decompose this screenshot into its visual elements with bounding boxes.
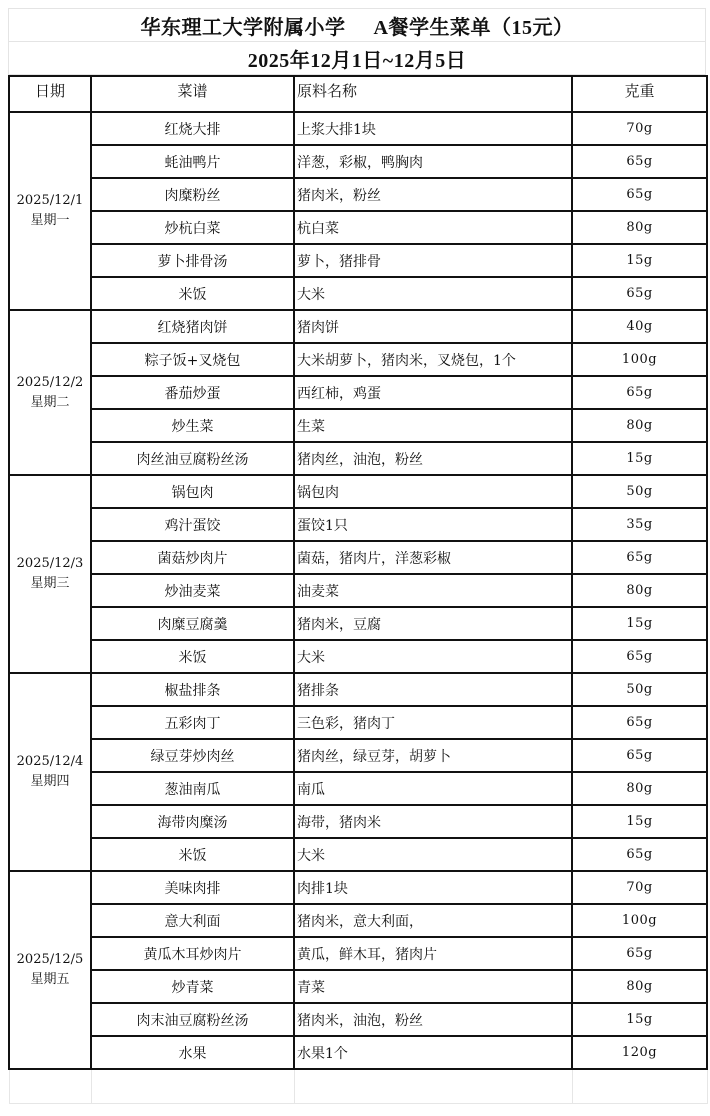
ingredients-cell: 肉排1块 [294, 871, 572, 904]
ingredients-cell: 锅包肉 [294, 475, 572, 508]
date-cell: 2025/12/2星期二 [9, 310, 91, 475]
ingredients-cell: 油麦菜 [294, 574, 572, 607]
weekday-text: 星期一 [10, 211, 90, 231]
dish-cell: 炒杭白菜 [91, 211, 294, 244]
ingredients-cell: 蛋饺1只 [294, 508, 572, 541]
dish-cell: 米饭 [91, 838, 294, 871]
weight-cell: 35g [572, 508, 707, 541]
ingredients-cell: 萝卜，猪排骨 [294, 244, 572, 277]
table-row: 米饭大米65g [9, 838, 707, 871]
ingredients-cell: 猪肉米，油泡，粉丝 [294, 1003, 572, 1036]
dish-cell: 米饭 [91, 277, 294, 310]
table-row: 海带肉糜汤海带，猪肉米15g [9, 805, 707, 838]
dish-cell: 黄瓜木耳炒肉片 [91, 937, 294, 970]
blank-cell [572, 1069, 707, 1104]
weight-cell: 65g [572, 145, 707, 178]
weekday-text: 星期五 [10, 970, 90, 990]
dish-cell: 米饭 [91, 640, 294, 673]
weight-cell: 65g [572, 277, 707, 310]
ingredients-cell: 青菜 [294, 970, 572, 1003]
date-text: 2025/12/5 [10, 950, 90, 970]
table-row: 粽子饭+叉烧包大米胡萝卜，猪肉米，叉烧包，1个100g [9, 343, 707, 376]
weight-cell: 80g [572, 772, 707, 805]
table-row: 绿豆芽炒肉丝猪肉丝，绿豆芽，胡萝卜65g [9, 739, 707, 772]
dish-cell: 美味肉排 [91, 871, 294, 904]
weight-cell: 80g [572, 409, 707, 442]
dish-cell: 锅包肉 [91, 475, 294, 508]
ingredients-cell: 大米胡萝卜，猪肉米，叉烧包，1个 [294, 343, 572, 376]
weekday-text: 星期三 [10, 574, 90, 594]
weight-cell: 120g [572, 1036, 707, 1069]
header-ingredients: 原料名称 [294, 76, 572, 112]
blank-cell [91, 1069, 294, 1104]
weight-cell: 15g [572, 1003, 707, 1036]
ingredients-cell: 猪排条 [294, 673, 572, 706]
table-row: 米饭大米65g [9, 640, 707, 673]
table-row: 黄瓜木耳炒肉片黄瓜，鲜木耳，猪肉片65g [9, 937, 707, 970]
dish-cell: 葱油南瓜 [91, 772, 294, 805]
dish-cell: 肉糜豆腐羹 [91, 607, 294, 640]
ingredients-cell: 南瓜 [294, 772, 572, 805]
weight-cell: 50g [572, 673, 707, 706]
table-row: 番茄炒蛋西红柿，鸡蛋65g [9, 376, 707, 409]
weight-cell: 15g [572, 607, 707, 640]
weight-cell: 100g [572, 904, 707, 937]
ingredients-cell: 水果1个 [294, 1036, 572, 1069]
table-row: 2025/12/4星期四椒盐排条猪排条50g [9, 673, 707, 706]
ingredients-cell: 西红柿，鸡蛋 [294, 376, 572, 409]
dish-cell: 炒生菜 [91, 409, 294, 442]
table-row: 肉丝油豆腐粉丝汤猪肉丝，油泡，粉丝15g [9, 442, 707, 475]
weight-cell: 65g [572, 838, 707, 871]
weight-cell: 65g [572, 178, 707, 211]
dish-cell: 海带肉糜汤 [91, 805, 294, 838]
weight-cell: 80g [572, 574, 707, 607]
table-row: 炒杭白菜杭白菜80g [9, 211, 707, 244]
menu-sheet: 华东理工大学附属小学 A餐学生菜单（15元） 2025年12月1日~12月5日 … [8, 8, 706, 1104]
dish-cell: 菌菇炒肉片 [91, 541, 294, 574]
table-row: 炒青菜青菜80g [9, 970, 707, 1003]
weight-cell: 100g [572, 343, 707, 376]
weight-cell: 15g [572, 442, 707, 475]
table-row: 肉末油豆腐粉丝汤猪肉米，油泡，粉丝15g [9, 1003, 707, 1036]
table-row: 五彩肉丁三色彩，猪肉丁65g [9, 706, 707, 739]
ingredients-cell: 菌菇，猪肉片，洋葱彩椒 [294, 541, 572, 574]
date-text: 2025/12/1 [10, 191, 90, 211]
menu-table: 日期 菜谱 原料名称 克重 2025/12/1星期一红烧大排上浆大排1块70g蚝… [8, 75, 708, 1104]
table-row: 2025/12/5星期五美味肉排肉排1块70g [9, 871, 707, 904]
weight-cell: 80g [572, 970, 707, 1003]
date-cell: 2025/12/3星期三 [9, 475, 91, 673]
table-row: 炒油麦菜油麦菜80g [9, 574, 707, 607]
header-date: 日期 [9, 76, 91, 112]
dish-cell: 五彩肉丁 [91, 706, 294, 739]
table-row: 肉糜豆腐羹猪肉米，豆腐15g [9, 607, 707, 640]
ingredients-cell: 大米 [294, 640, 572, 673]
weight-cell: 70g [572, 112, 707, 145]
weight-cell: 65g [572, 937, 707, 970]
dish-cell: 粽子饭+叉烧包 [91, 343, 294, 376]
header-weight: 克重 [572, 76, 707, 112]
weight-cell: 70g [572, 871, 707, 904]
menu-title: 华东理工大学附属小学 A餐学生菜单（15元） [8, 8, 706, 42]
date-text: 2025/12/2 [10, 373, 90, 393]
date-range: 2025年12月1日~12月5日 [248, 44, 466, 73]
dish-cell: 番茄炒蛋 [91, 376, 294, 409]
weight-cell: 50g [572, 475, 707, 508]
blank-cell [294, 1069, 572, 1104]
dish-cell: 鸡汁蛋饺 [91, 508, 294, 541]
weight-cell: 15g [572, 244, 707, 277]
dish-cell: 水果 [91, 1036, 294, 1069]
ingredients-cell: 猪肉丝，油泡，粉丝 [294, 442, 572, 475]
dish-cell: 肉末油豆腐粉丝汤 [91, 1003, 294, 1036]
table-row: 意大利面猪肉米，意大利面，100g [9, 904, 707, 937]
dish-cell: 红烧猪肉饼 [91, 310, 294, 343]
table-row: 萝卜排骨汤萝卜，猪排骨15g [9, 244, 707, 277]
table-row: 炒生菜生菜80g [9, 409, 707, 442]
weekday-text: 星期二 [10, 393, 90, 413]
table-row: 菌菇炒肉片菌菇，猪肉片，洋葱彩椒65g [9, 541, 707, 574]
dish-cell: 炒油麦菜 [91, 574, 294, 607]
dish-cell: 红烧大排 [91, 112, 294, 145]
ingredients-cell: 洋葱，彩椒，鸭胸肉 [294, 145, 572, 178]
date-cell: 2025/12/5星期五 [9, 871, 91, 1069]
ingredients-cell: 猪肉丝，绿豆芽，胡萝卜 [294, 739, 572, 772]
ingredients-cell: 猪肉饼 [294, 310, 572, 343]
weight-cell: 65g [572, 739, 707, 772]
table-row: 葱油南瓜南瓜80g [9, 772, 707, 805]
date-text: 2025/12/4 [10, 752, 90, 772]
weight-cell: 65g [572, 541, 707, 574]
school-name: 华东理工大学附属小学 [141, 11, 346, 40]
table-row: 2025/12/2星期二红烧猪肉饼猪肉饼40g [9, 310, 707, 343]
date-cell: 2025/12/4星期四 [9, 673, 91, 871]
table-row: 蚝油鸭片洋葱，彩椒，鸭胸肉65g [9, 145, 707, 178]
menu-body: 2025/12/1星期一红烧大排上浆大排1块70g蚝油鸭片洋葱，彩椒，鸭胸肉65… [9, 112, 707, 1069]
ingredients-cell: 生菜 [294, 409, 572, 442]
ingredients-cell: 上浆大排1块 [294, 112, 572, 145]
table-row: 鸡汁蛋饺蛋饺1只35g [9, 508, 707, 541]
dish-cell: 炒青菜 [91, 970, 294, 1003]
ingredients-cell: 三色彩，猪肉丁 [294, 706, 572, 739]
ingredients-cell: 大米 [294, 277, 572, 310]
dish-cell: 椒盐排条 [91, 673, 294, 706]
dish-cell: 蚝油鸭片 [91, 145, 294, 178]
ingredients-cell: 黄瓜，鲜木耳，猪肉片 [294, 937, 572, 970]
weight-cell: 15g [572, 805, 707, 838]
table-row: 2025/12/3星期三锅包肉锅包肉50g [9, 475, 707, 508]
header-row: 日期 菜谱 原料名称 克重 [9, 76, 707, 112]
blank-row [9, 1069, 707, 1104]
table-row: 2025/12/1星期一红烧大排上浆大排1块70g [9, 112, 707, 145]
date-text: 2025/12/3 [10, 554, 90, 574]
dish-cell: 肉糜粉丝 [91, 178, 294, 211]
dish-cell: 肉丝油豆腐粉丝汤 [91, 442, 294, 475]
ingredients-cell: 猪肉米，意大利面， [294, 904, 572, 937]
date-cell: 2025/12/1星期一 [9, 112, 91, 310]
dish-cell: 意大利面 [91, 904, 294, 937]
ingredients-cell: 海带，猪肉米 [294, 805, 572, 838]
menu-name: A餐学生菜单（15元） [374, 11, 574, 40]
ingredients-cell: 大米 [294, 838, 572, 871]
weekday-text: 星期四 [10, 772, 90, 792]
table-row: 肉糜粉丝猪肉米，粉丝65g [9, 178, 707, 211]
dish-cell: 萝卜排骨汤 [91, 244, 294, 277]
ingredients-cell: 猪肉米，粉丝 [294, 178, 572, 211]
weight-cell: 40g [572, 310, 707, 343]
header-dish: 菜谱 [91, 76, 294, 112]
date-range-title: 2025年12月1日~12月5日 [8, 42, 706, 75]
ingredients-cell: 猪肉米，豆腐 [294, 607, 572, 640]
weight-cell: 65g [572, 706, 707, 739]
weight-cell: 65g [572, 640, 707, 673]
table-row: 米饭大米65g [9, 277, 707, 310]
weight-cell: 80g [572, 211, 707, 244]
dish-cell: 绿豆芽炒肉丝 [91, 739, 294, 772]
weight-cell: 65g [572, 376, 707, 409]
ingredients-cell: 杭白菜 [294, 211, 572, 244]
table-row: 水果水果1个120g [9, 1036, 707, 1069]
blank-cell [9, 1069, 91, 1104]
